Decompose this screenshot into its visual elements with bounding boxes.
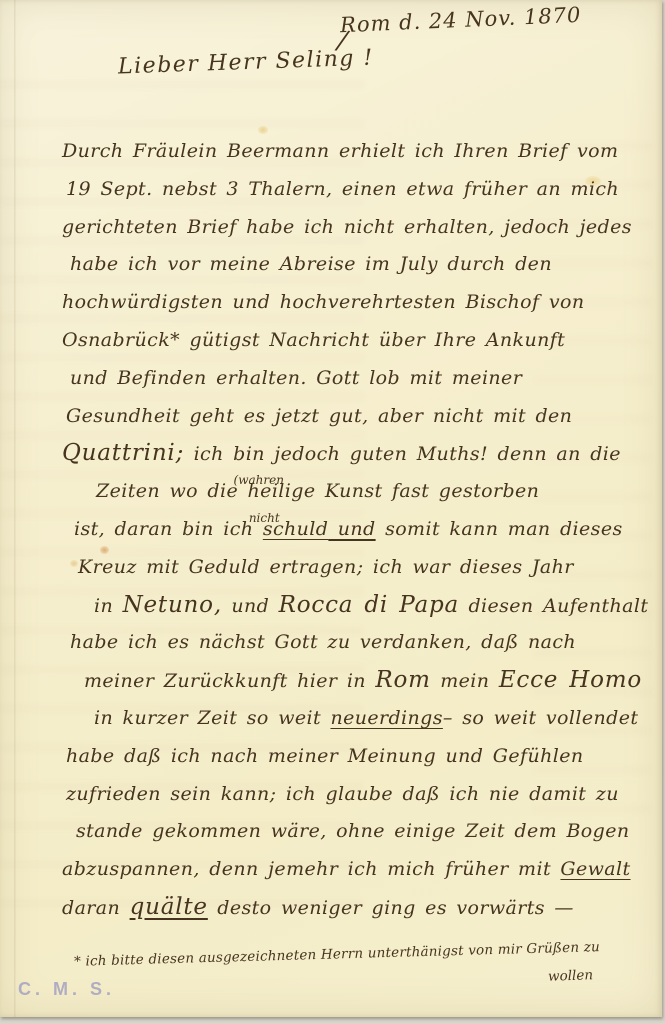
inserted-word: (wahren (234, 474, 284, 486)
letter-line-text: daran (62, 897, 130, 919)
letter-paper: / Rom d. 24 Nov. 1870 Lieber Herr Seling… (0, 0, 662, 1017)
letter-line-text: Zeiten wo die (96, 480, 248, 502)
letter-line-text: ich bin jedoch guten Muths! denn an die (184, 443, 621, 465)
letter-line-text: abzuspannen, denn jemehr ich mich früher… (62, 858, 560, 880)
letter-line: Zeiten wo die (wahrenheilige Kunst fast … (96, 473, 624, 511)
emphasized-word: Ecce Homo (499, 667, 642, 693)
letter-line: meiner Zurückkunft hier in Rom mein Ecce… (84, 662, 624, 700)
underlined-word: und (328, 518, 375, 540)
letter-line-text: und (222, 595, 279, 617)
letter-line-text: – so weit vollendet (443, 707, 638, 729)
letter-line: in Netuno, und Rocca di Papa diesen Aufe… (94, 587, 624, 625)
letter-line: abzuspannen, denn jemehr ich mich früher… (62, 851, 624, 889)
letter-body: Durch Fräulein Beermann erhielt ich Ihre… (62, 133, 624, 927)
emphasized-word: Quattrini; (62, 440, 184, 466)
letter-line: gerichteten Brief habe ich nicht erhalte… (62, 209, 624, 247)
letter-line: Osnabrück* gütigst Nachricht über Ihre A… (62, 322, 624, 360)
letter-line: Gesundheit geht es jetzt gut, aber nicht… (66, 398, 624, 436)
letter-scan: / Rom d. 24 Nov. 1870 Lieber Herr Seling… (0, 0, 665, 1024)
letter-line: daran quälte desto weniger ging es vorwä… (62, 889, 624, 927)
letter-line-text: desto weniger ging es vorwärts — (208, 897, 574, 919)
letter-line-text: in kurzer Zeit so weit (94, 707, 330, 729)
letter-line-text: in (94, 595, 123, 617)
letter-line: habe ich es nächst Gott zu verdanken, da… (70, 624, 624, 662)
letter-line-text: meiner Zurückkunft hier in (84, 670, 375, 692)
dateline: Rom d. 24 Nov. 1870 (340, 3, 582, 38)
letter-line-text: heilige Kunst fast gestorben (248, 480, 540, 502)
inserted-word: nicht (249, 512, 280, 524)
letter-line: Kreuz mit Geduld ertragen; ich war diese… (78, 549, 624, 587)
letter-line: ist, daran bin ich nichtschuld und somit… (74, 511, 624, 549)
letter-line-text: mein (431, 670, 499, 692)
emphasized-word: Rocca di Papa (279, 592, 459, 618)
letter-line: 19 Sept. nebst 3 Thalern, einen etwa frü… (66, 171, 624, 209)
letter-line: und Befinden erhalten. Gott lob mit mein… (70, 360, 624, 398)
letter-line: in kurzer Zeit so weit neuerdings– so we… (94, 700, 624, 738)
letter-line-text: ist, daran bin ich (74, 518, 263, 540)
underlined-word: neuerdings (330, 707, 442, 729)
letter-line: stande gekommen wäre, ohne einige Zeit d… (76, 813, 624, 851)
letter-line: habe ich vor meine Abreise im July durch… (70, 246, 624, 284)
emphasized-word: Netuno, (123, 592, 222, 618)
letter-line: Quattrini; ich bin jedoch guten Muths! d… (62, 435, 624, 473)
letter-line-text: somit kann man dieses (376, 518, 623, 540)
underlined-word: quälte (130, 894, 208, 920)
collection-stamp: C. M. S. (18, 979, 115, 1000)
letter-line: habe daß ich nach meiner Meinung und Gef… (66, 738, 624, 776)
letter-line: Durch Fräulein Beermann erhielt ich Ihre… (62, 133, 624, 171)
letter-line-text: diesen Aufenthalt (459, 595, 648, 617)
underlined-word: Gewalt (560, 858, 630, 880)
letter-line: zufrieden sein kann; ich glaube daß ich … (66, 776, 624, 814)
footnote-wrapped-word: wollen (548, 967, 594, 985)
footnote: * ich bitte diesen ausgezeichneten Herrn… (74, 938, 630, 970)
letter-line: hochwürdigsten und hochverehrtesten Bisc… (62, 284, 624, 322)
emphasized-word: Rom (375, 667, 430, 693)
